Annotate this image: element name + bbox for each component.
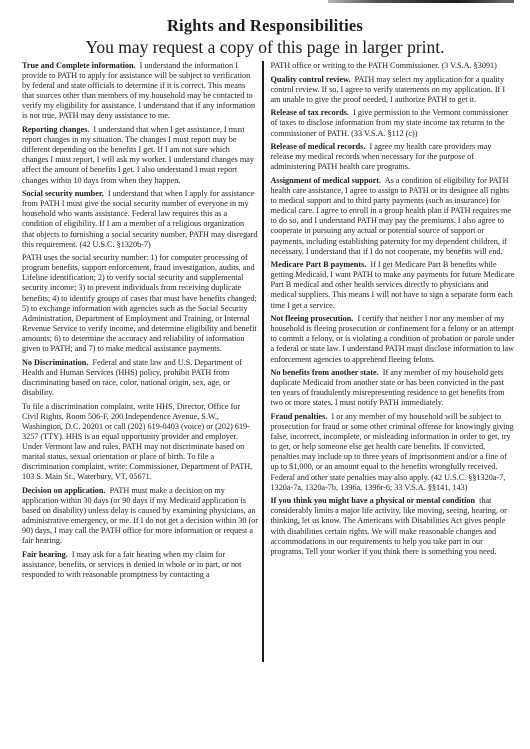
section-heading: Fair hearing. <box>22 550 68 559</box>
paragraph: If you think you might have a physical o… <box>271 496 516 557</box>
paragraph: PATH office or writing to the PATH Commi… <box>271 61 516 71</box>
paragraph: True and Complete information. I underst… <box>22 61 258 122</box>
section-heading: Decision on application. <box>22 486 105 495</box>
section-heading: Assignment of medical support. <box>271 176 382 185</box>
paragraph: Medicare Part B payments. If I get Medic… <box>271 260 516 310</box>
paragraph: Release of tax records. I give permissio… <box>271 108 516 138</box>
section-heading: Social security number. <box>22 189 104 198</box>
paragraph: Fair hearing. I may ask for a fair heari… <box>22 550 258 580</box>
section-heading: Not fleeing prosecution. <box>271 314 354 323</box>
paragraph: Assignment of medical support. As a cond… <box>271 176 516 257</box>
section-heading: Medicare Part B payments. <box>271 260 367 269</box>
paragraph: Not fleeing prosecution. I certify that … <box>271 314 516 364</box>
paragraph: To file a discrimination complaint, writ… <box>22 402 258 483</box>
section-heading: If you think you might have a physical o… <box>271 496 476 505</box>
section-heading: Quality control review. <box>271 75 351 84</box>
section-heading: Fraud penalties. <box>271 412 328 421</box>
paragraph: Reporting changes. I understand that whe… <box>22 125 258 186</box>
scan-artifact <box>328 0 514 3</box>
section-heading: No Discrimination. <box>22 358 88 367</box>
page-title: Rights and Responsibilities <box>0 0 530 36</box>
document-page: Rights and Responsibilities You may requ… <box>0 0 530 749</box>
right-column: PATH office or writing to the PATH Commi… <box>271 61 516 560</box>
paragraph: Decision on application. PATH must make … <box>22 486 258 547</box>
page-subtitle: You may request a copy of this page in l… <box>0 37 530 58</box>
paragraph: No Discrimination. Federal and state law… <box>22 358 258 398</box>
paragraph: Release of medical records. I agree my h… <box>271 142 516 172</box>
section-heading: Release of tax records. <box>271 108 350 117</box>
section-heading: Release of medical records. <box>271 142 366 151</box>
section-heading: No benefits from another state. <box>271 368 379 377</box>
section-heading: True and Complete information. <box>22 61 136 70</box>
column-divider <box>262 61 264 662</box>
paragraph: PATH uses the social security number: 1)… <box>22 253 258 354</box>
paragraph: Fraud penalties. I or any member of my h… <box>271 412 516 493</box>
paragraph: Social security number. I understand tha… <box>22 189 258 250</box>
paragraph: No benefits from another state. If any m… <box>271 368 516 408</box>
section-heading: Reporting changes. <box>22 125 89 134</box>
left-column: True and Complete information. I underst… <box>22 61 258 584</box>
paragraph: Quality control review. PATH may select … <box>271 75 516 105</box>
two-column-body: True and Complete information. I underst… <box>22 61 516 662</box>
